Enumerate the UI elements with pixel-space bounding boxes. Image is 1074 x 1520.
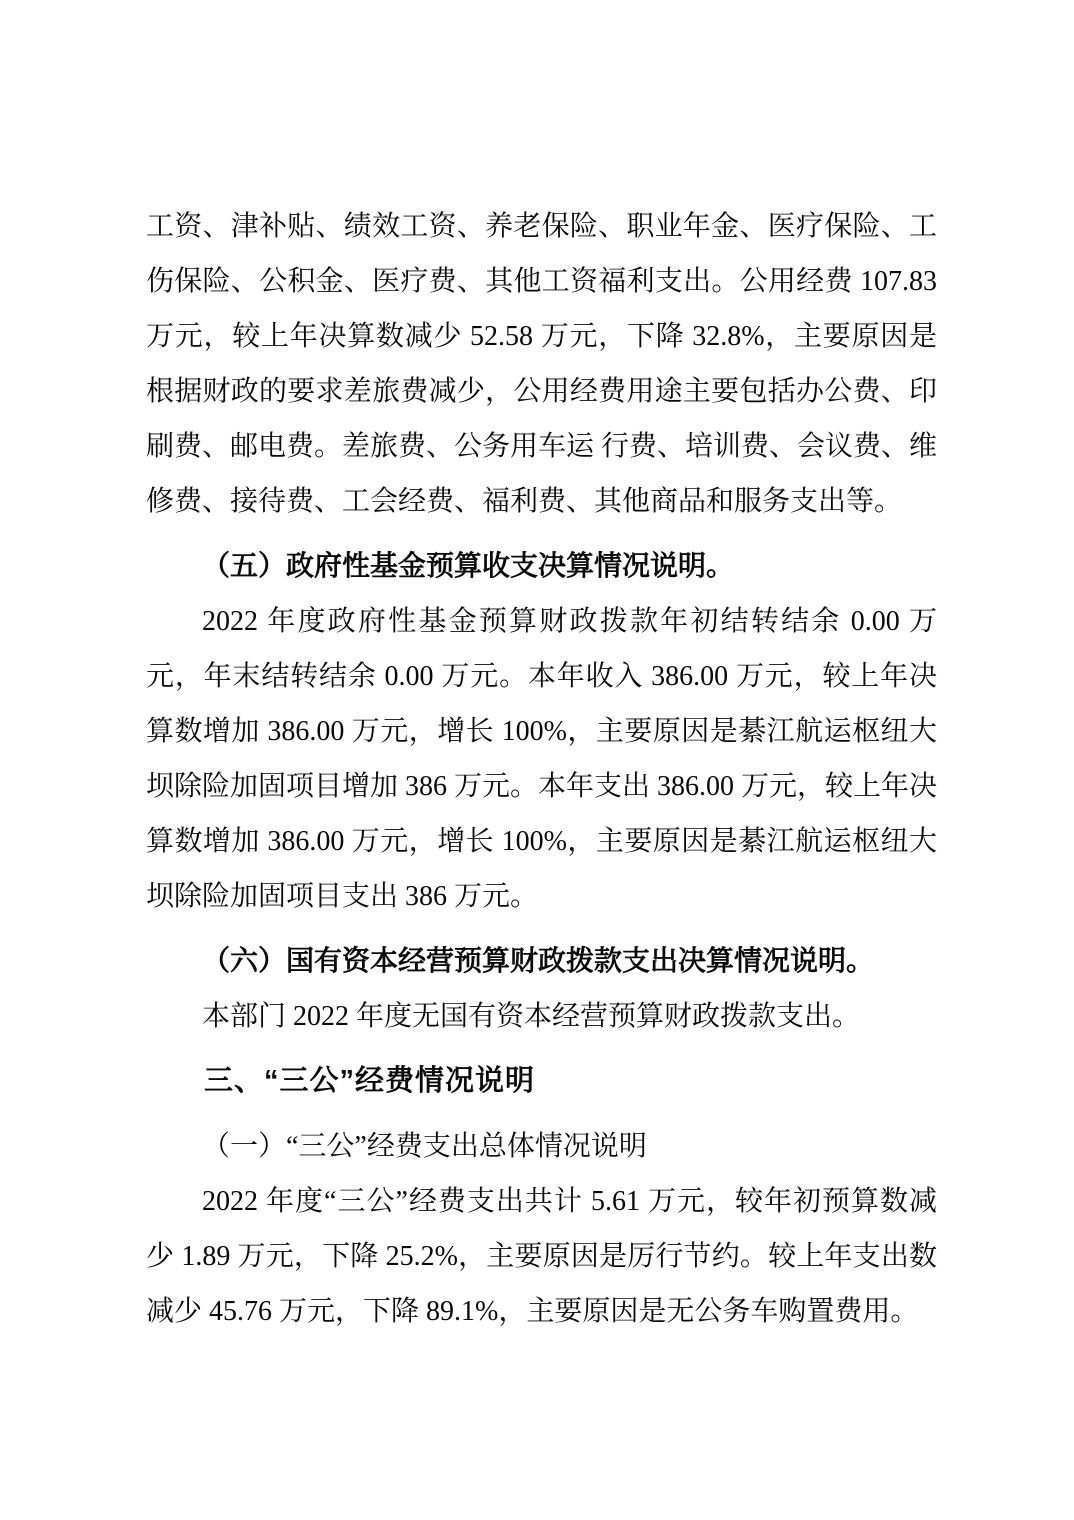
document-page: 工资、津补贴、绩效工资、养老保险、职业年金、医疗保险、工伤保险、公积金、医疗费、… bbox=[0, 0, 1074, 1520]
paragraph-three-public-expense-details: 2022 年度“三公”经费支出共计 5.61 万元，较年初预算数减少 1.89 … bbox=[146, 1174, 937, 1339]
heading-section-1-three-public-overview: （一）“三公”经费支出总体情况说明 bbox=[146, 1119, 937, 1174]
paragraph-government-fund-details: 2022 年度政府性基金预算财政拨款年初结转结余 0.00 万元，年末结转结余 … bbox=[146, 594, 937, 924]
heading-chapter-3-three-public-expenses: 三、“三公”经费情况说明 bbox=[146, 1054, 937, 1109]
paragraph-wage-and-public-expense: 工资、津补贴、绩效工资、养老保险、职业年金、医疗保险、工伤保险、公积金、医疗费、… bbox=[146, 199, 937, 529]
paragraph-no-state-capital-expenditure: 本部门 2022 年度无国有资本经营预算财政拨款支出。 bbox=[146, 989, 937, 1044]
heading-section-6-state-capital-budget: （六）国有资本经营预算财政拨款支出决算情况说明。 bbox=[146, 934, 937, 989]
heading-section-5-government-fund-budget: （五）政府性基金预算收支决算情况说明。 bbox=[146, 539, 937, 594]
